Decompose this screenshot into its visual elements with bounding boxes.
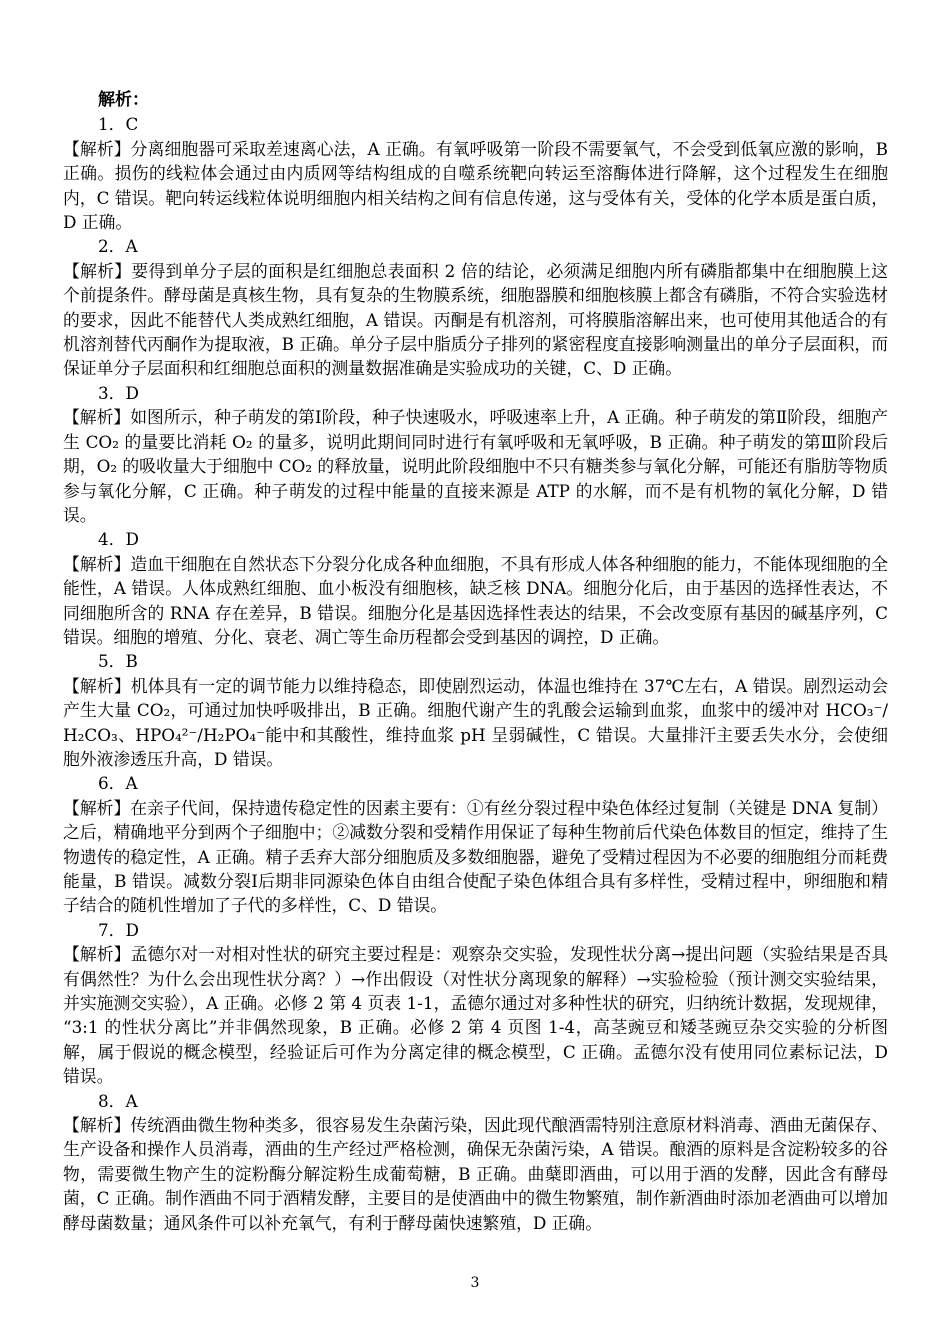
- answer-number: 3．D: [63, 381, 888, 405]
- answer-number: 6．A: [63, 771, 888, 795]
- analysis-paragraph: 【解析】机体具有一定的调节能力以维持稳态，即使剧烈运动，体温也维持在 37℃左右…: [63, 674, 888, 772]
- answer-section-2: 2．A 【解析】要得到单分子层的面积是红细胞总表面积 2 倍的结论，必须满足细胞…: [63, 234, 888, 380]
- answer-section-8: 8．A 【解析】传统酒曲微生物种类多，很容易发生杂菌污染，因此现代酿酒需特别注意…: [63, 1089, 888, 1235]
- answer-number: 4．D: [63, 527, 888, 551]
- analysis-paragraph: 【解析】要得到单分子层的面积是红细胞总表面积 2 倍的结论，必须满足细胞内所有磷…: [63, 259, 888, 381]
- analysis-paragraph: 【解析】分离细胞器可采取差速离心法，A 正确。有氧呼吸第一阶段不需要氧气，不会受…: [63, 137, 888, 235]
- analysis-paragraph: 【解析】传统酒曲微生物种类多，很容易发生杂菌污染，因此现代酿酒需特别注意原材料消…: [63, 1113, 888, 1235]
- answer-number: 7．D: [63, 918, 888, 942]
- answer-number: 8．A: [63, 1089, 888, 1113]
- analysis-paragraph: 【解析】在亲子代间，保持遗传稳定性的因素主要有：①有丝分裂过程中染色体经过复制（…: [63, 796, 888, 918]
- analysis-paragraph: 【解析】孟德尔对一对相对性状的研究主要过程是：观察杂交实验，发现性状分离→提出问…: [63, 942, 888, 1088]
- answer-number: 1．C: [63, 112, 888, 136]
- page-number: 3: [0, 1274, 950, 1292]
- answer-section-6: 6．A 【解析】在亲子代间，保持遗传稳定性的因素主要有：①有丝分裂过程中染色体经…: [63, 771, 888, 917]
- answer-number: 5．B: [63, 649, 888, 673]
- answer-number: 2．A: [63, 234, 888, 258]
- document-page: 解析： 1．C 【解析】分离细胞器可采取差速离心法，A 正确。有氧呼吸第一阶段不…: [63, 88, 888, 1235]
- analysis-paragraph: 【解析】如图所示，种子萌发的第Ⅰ阶段，种子快速吸水，呼吸速率上升，A 正确。种子…: [63, 405, 888, 527]
- answer-section-5: 5．B 【解析】机体具有一定的调节能力以维持稳态，即使剧烈运动，体温也维持在 3…: [63, 649, 888, 771]
- answer-section-1: 1．C 【解析】分离细胞器可采取差速离心法，A 正确。有氧呼吸第一阶段不需要氧气…: [63, 112, 888, 234]
- analysis-paragraph: 【解析】造血干细胞在自然状态下分裂分化成各种血细胞，不具有形成人体各种细胞的能力…: [63, 552, 888, 650]
- answer-section-3: 3．D 【解析】如图所示，种子萌发的第Ⅰ阶段，种子快速吸水，呼吸速率上升，A 正…: [63, 381, 888, 527]
- answer-section-7: 7．D 【解析】孟德尔对一对相对性状的研究主要过程是：观察杂交实验，发现性状分离…: [63, 918, 888, 1089]
- page-title: 解析：: [63, 88, 888, 112]
- answer-section-4: 4．D 【解析】造血干细胞在自然状态下分裂分化成各种血细胞，不具有形成人体各种细…: [63, 527, 888, 649]
